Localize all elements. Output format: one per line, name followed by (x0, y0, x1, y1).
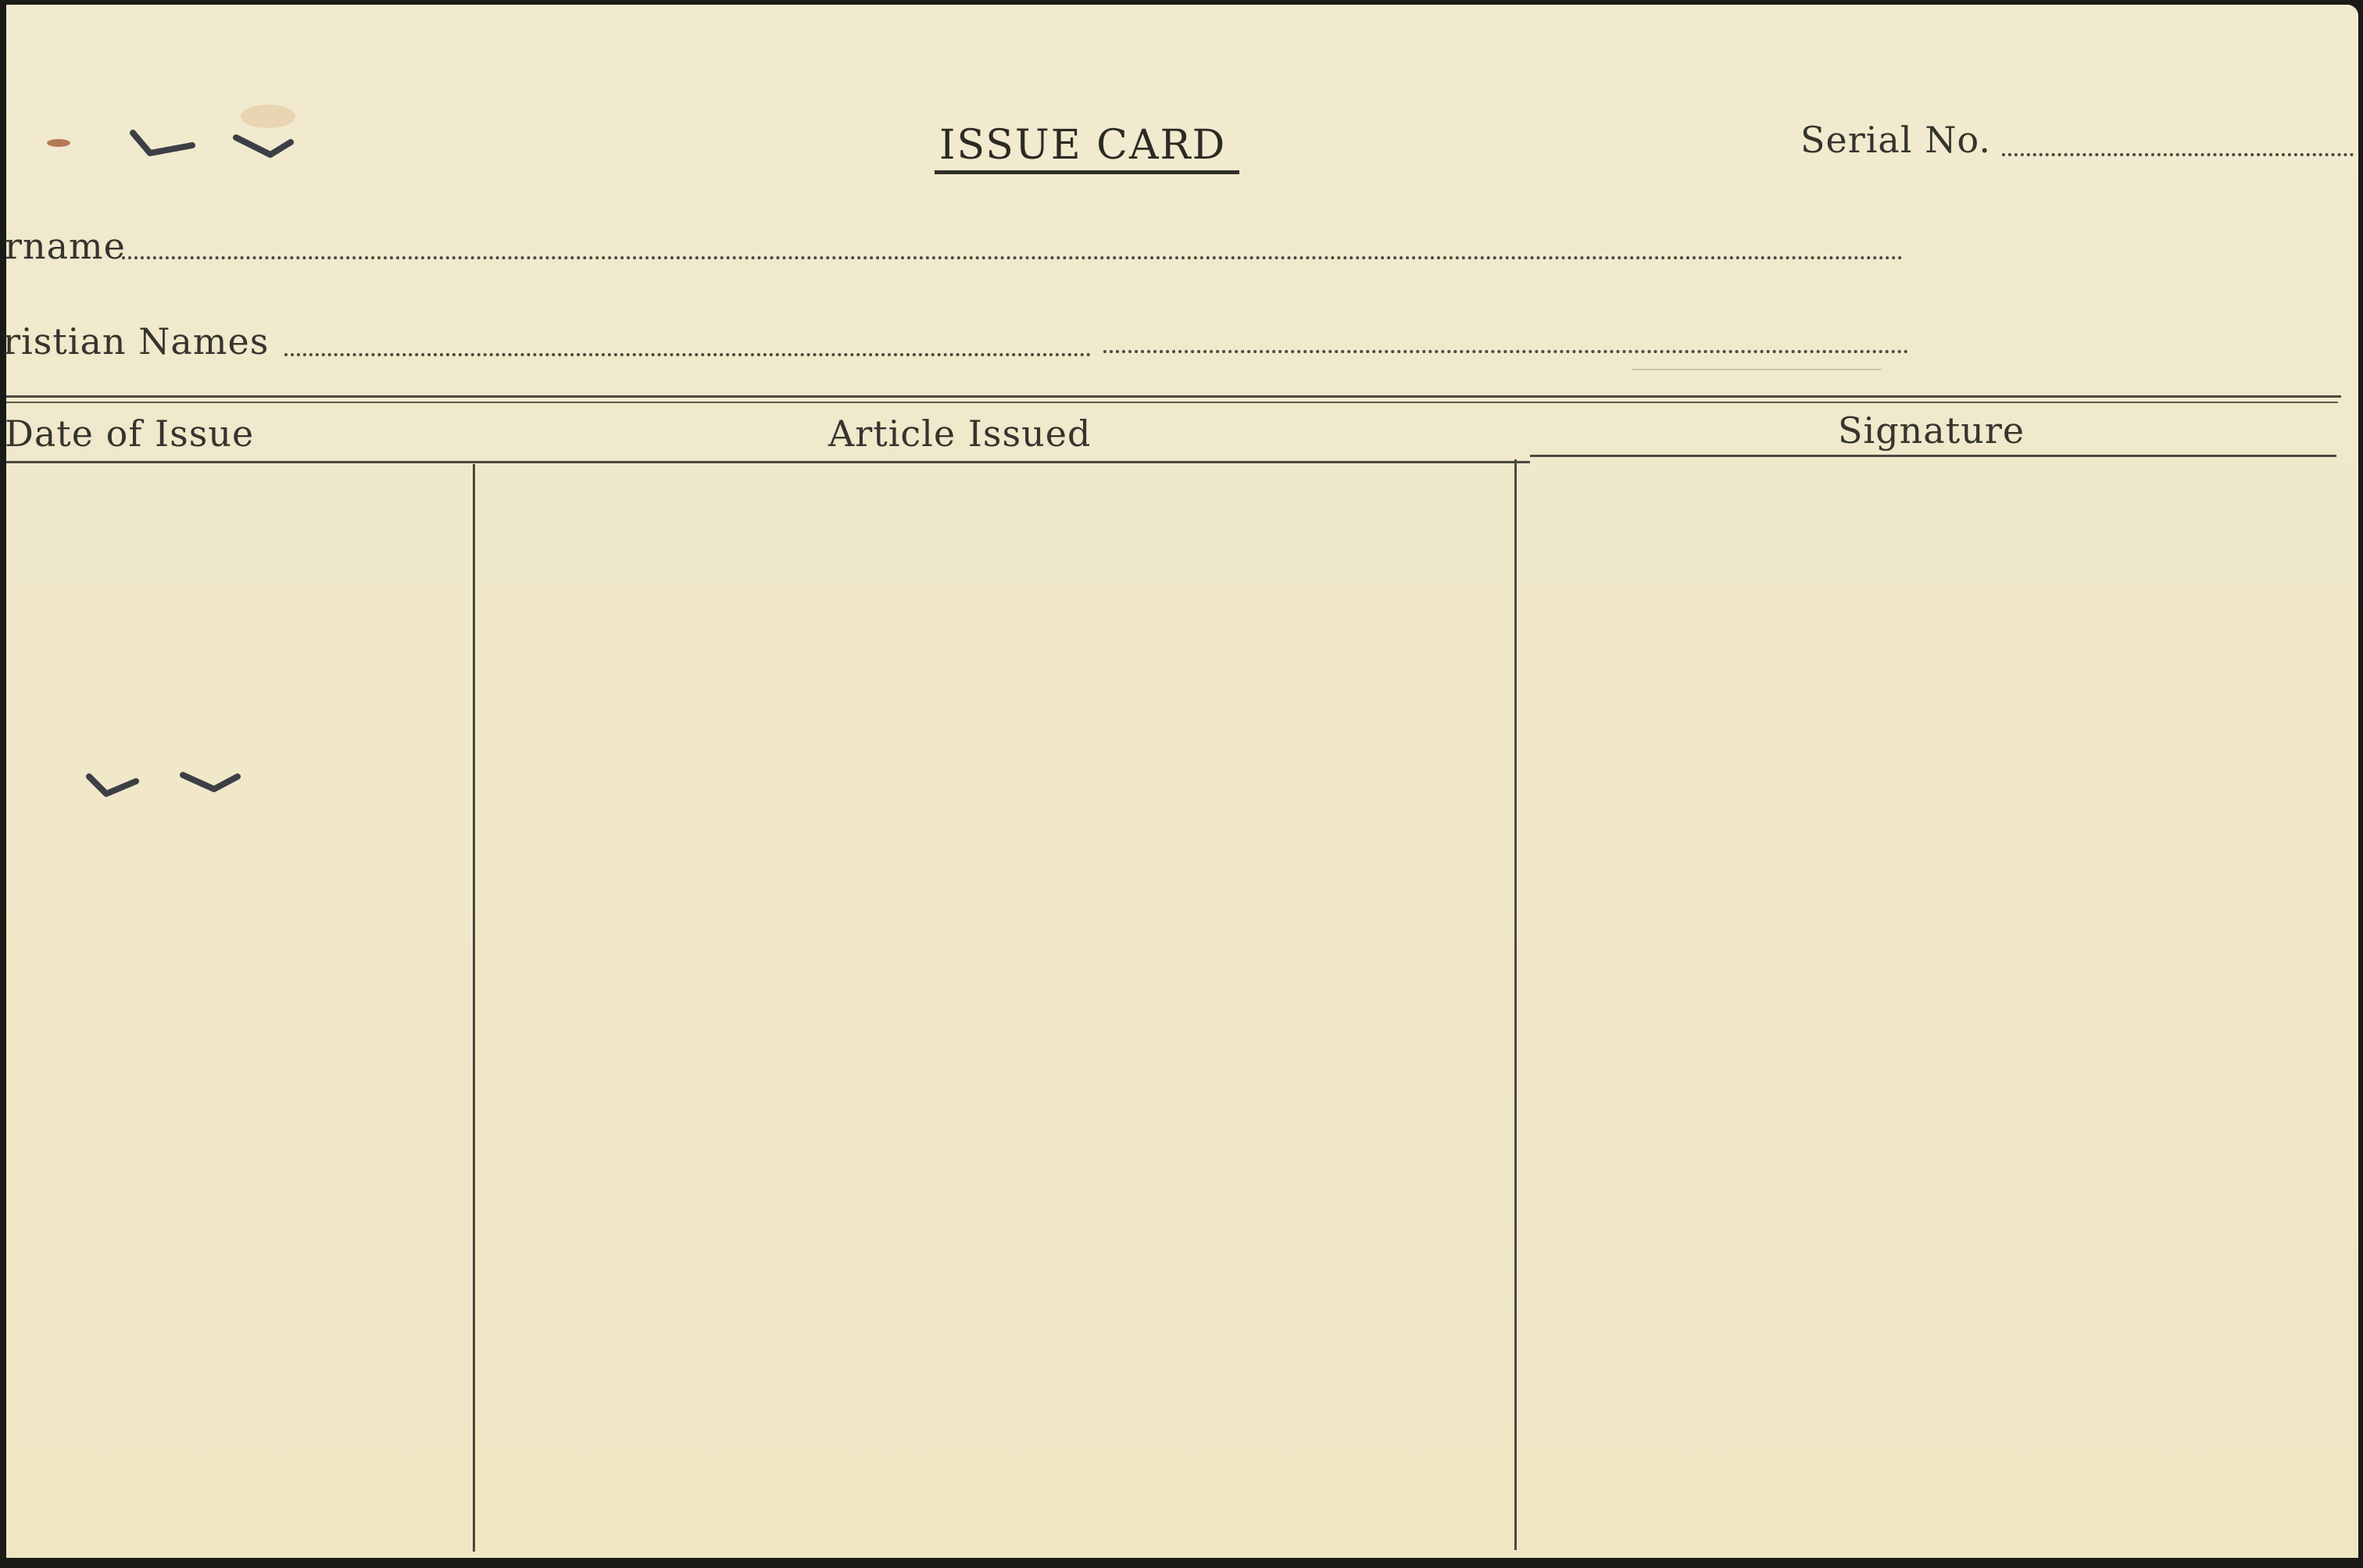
header-bottom-rule-right (1530, 455, 2336, 457)
surname-field[interactable] (122, 256, 1904, 259)
faint-smudge (1632, 369, 1882, 370)
header-top-rule (6, 395, 2341, 398)
card-title: ISSUE CARD (939, 122, 1226, 169)
column-divider-1 (473, 464, 475, 1552)
column-divider-2 (1514, 459, 1517, 1550)
staple-icon (84, 770, 144, 802)
christian-names-field[interactable] (284, 353, 1091, 356)
column-header-signature: Signature (1838, 409, 2025, 452)
christian-names-field-continued[interactable] (1103, 350, 1908, 353)
column-header-article-issued: Article Issued (828, 413, 1091, 455)
staple-icon (231, 128, 299, 159)
staple-icon (178, 767, 245, 798)
staple-icon (130, 128, 197, 159)
signature-column[interactable] (1518, 463, 2347, 1553)
christian-names-label: ristian Names (3, 320, 269, 363)
title-underline (935, 170, 1239, 174)
header-top-rule-second (6, 402, 2338, 403)
article-issued-column[interactable] (477, 467, 1513, 1553)
rust-stain (47, 139, 70, 147)
serial-number-label: Serial No. (1800, 119, 1991, 161)
column-header-date-of-issue: Date of Issue (5, 413, 254, 455)
header-bottom-rule (6, 461, 1530, 463)
date-of-issue-column[interactable] (6, 467, 471, 1553)
scan-background: ISSUE CARD Serial No. rname ristian Name… (0, 0, 2363, 1568)
issue-card: ISSUE CARD Serial No. rname ristian Name… (6, 5, 2358, 1558)
surname-label: rname (5, 225, 126, 267)
rust-stain (241, 105, 295, 128)
serial-number-field[interactable] (2002, 153, 2354, 156)
